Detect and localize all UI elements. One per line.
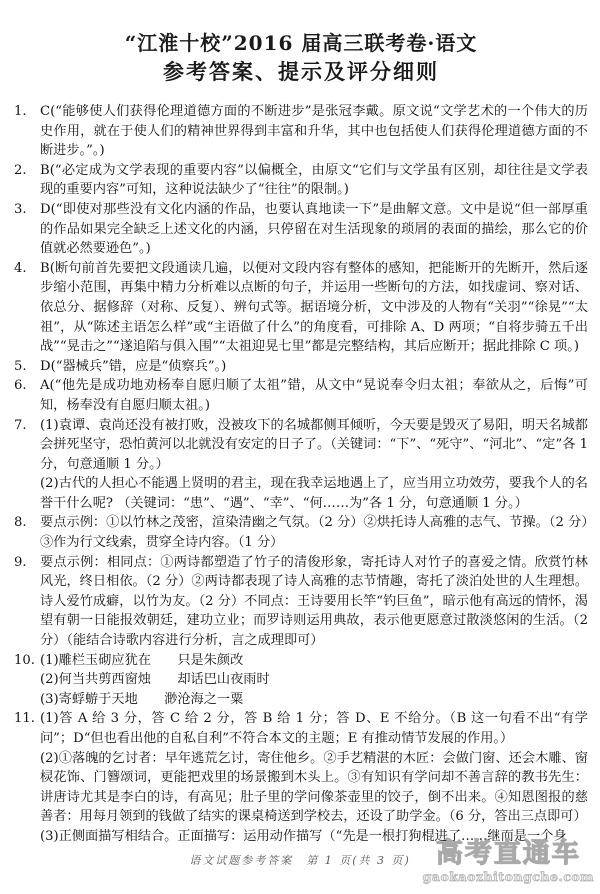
answer-number: 3. xyxy=(14,200,27,220)
answer-item: 7.(1)袁谭、袁尚还没有被打败，没被攻下的名城都侧耳倾听，今天要是毁灭了易阳，… xyxy=(14,416,588,514)
answer-number: 11. xyxy=(14,709,35,729)
answer-item: 6.A(“他先是成功地劝杨奉自愿归顺了太祖”错，从文中“晃说奉令归太祖；奉欲从之… xyxy=(14,376,588,415)
answer-number: 5. xyxy=(14,357,27,377)
answer-part: D(“即使对那些没有文化内涵的作品，也要认真地读一下”是曲解文意。文中是说“但一… xyxy=(40,200,588,259)
answer-part: (2)古代的人担心不能遇上贤明的君主，现在我幸运地遇上了，应当用立功效劳，要我个… xyxy=(40,474,588,513)
answer-item: 1.C(“能够使人们获得伦理道德方面的不断进步”是张冠李戴。原文说“文学艺术的一… xyxy=(14,102,588,161)
answer-part: 要点示例：①以竹林之茂密，渲染清幽之气氛。（2 分）②烘托诗人高雅的志气、节操。… xyxy=(40,513,588,552)
answer-number: 4. xyxy=(14,259,27,279)
answer-part: D(“器械兵”错，应是“侦察兵”。) xyxy=(40,357,588,377)
answer-item: 5.D(“器械兵”错，应是“侦察兵”。) xyxy=(14,357,588,377)
answer-part: (2)①落魄的乞讨者：早年逃荒乞讨，寄住他乡。②手艺精湛的木匠：会做门窗、还会木… xyxy=(40,749,588,827)
answer-item: 9.要点示例：相同点：①两诗都塑造了竹子的清俊形象，寄托诗人对竹子的喜爱之情。欣… xyxy=(14,553,588,651)
answer-number: 6. xyxy=(14,376,27,396)
answer-number: 1. xyxy=(14,102,27,122)
answer-part: B(“必定成为文学表现的重要内容”以偏概全，由原文“它们与文学虽有区别，却往往是… xyxy=(40,161,588,200)
answer-item: 2.B(“必定成为文学表现的重要内容”以偏概全，由原文“它们与文学虽有区别，却往… xyxy=(14,161,588,200)
answer-part: (1)雕栏玉砌应犹在 只是朱颜改 xyxy=(40,651,588,671)
answer-part: (1)袁谭、袁尚还没有被打败，没被攻下的名城都侧耳倾听，今天要是毁灭了易阳，明天… xyxy=(40,416,588,475)
answer-number: 8. xyxy=(14,513,27,533)
answer-item: 10.(1)雕栏玉砌应犹在 只是朱颜改(2)何当共剪西窗烛 却话巴山夜雨时(3)… xyxy=(14,651,588,710)
answer-part: C(“能够使人们获得伦理道德方面的不断进步”是张冠李戴。原文说“文学艺术的一个伟… xyxy=(40,102,588,161)
answer-number: 2. xyxy=(14,161,27,181)
answer-part: A(“他先是成功地劝杨奉自愿归顺了太祖”错，从文中“晃说奉令归太祖；奉欲从之，后… xyxy=(40,376,588,415)
watermark: 高考直通车 gaokaozhitongche.com xyxy=(423,840,594,883)
answer-number: 10. xyxy=(14,651,35,671)
answer-part: (3)寄蜉蝣于天地 渺沧海之一粟 xyxy=(40,690,588,710)
answer-part: 要点示例：相同点：①两诗都塑造了竹子的清俊形象，寄托诗人对竹子的喜爱之情。欣赏竹… xyxy=(40,553,588,651)
answer-part: B(断句前首先要把文段通读几遍，以便对文段内容有整体的感知，把能断开的先断开，然… xyxy=(40,259,588,357)
answer-number: 9. xyxy=(14,553,27,573)
answer-item: 8.要点示例：①以竹林之茂密，渲染清幽之气氛。（2 分）②烘托诗人高雅的志气、节… xyxy=(14,513,588,552)
answer-number: 7. xyxy=(14,416,27,436)
answer-list: 1.C(“能够使人们获得伦理道德方面的不断进步”是张冠李戴。原文说“文学艺术的一… xyxy=(14,102,588,847)
answer-item: 3.D(“即使对那些没有文化内涵的作品，也要认真地读一下”是曲解文意。文中是说“… xyxy=(14,200,588,259)
watermark-site-url: gaokaozhitongche.com xyxy=(423,870,594,883)
document-title: “江淮十校”2016 届高三联考卷·语文 参考答案、提示及评分细则 xyxy=(14,30,588,86)
page-title: “江淮十校”2016 届高三联考卷·语文 xyxy=(14,30,588,56)
page-subtitle: 参考答案、提示及评分细则 xyxy=(14,58,588,86)
answer-part: (1)答 A 给 3 分，答 C 给 2 分，答 B 给 1 分；答 D、E 不… xyxy=(40,709,588,748)
answer-part: (2)何当共剪西窗烛 却话巴山夜雨时 xyxy=(40,670,588,690)
answer-sheet-page: “江淮十校”2016 届高三联考卷·语文 参考答案、提示及评分细则 1.C(“能… xyxy=(0,0,600,894)
answer-item: 11.(1)答 A 给 3 分，答 C 给 2 分，答 B 给 1 分；答 D、… xyxy=(14,709,588,846)
answer-item: 4.B(断句前首先要把文段通读几遍，以便对文段内容有整体的感知，把能断开的先断开… xyxy=(14,259,588,357)
watermark-brand: 高考直通车 xyxy=(423,840,594,868)
